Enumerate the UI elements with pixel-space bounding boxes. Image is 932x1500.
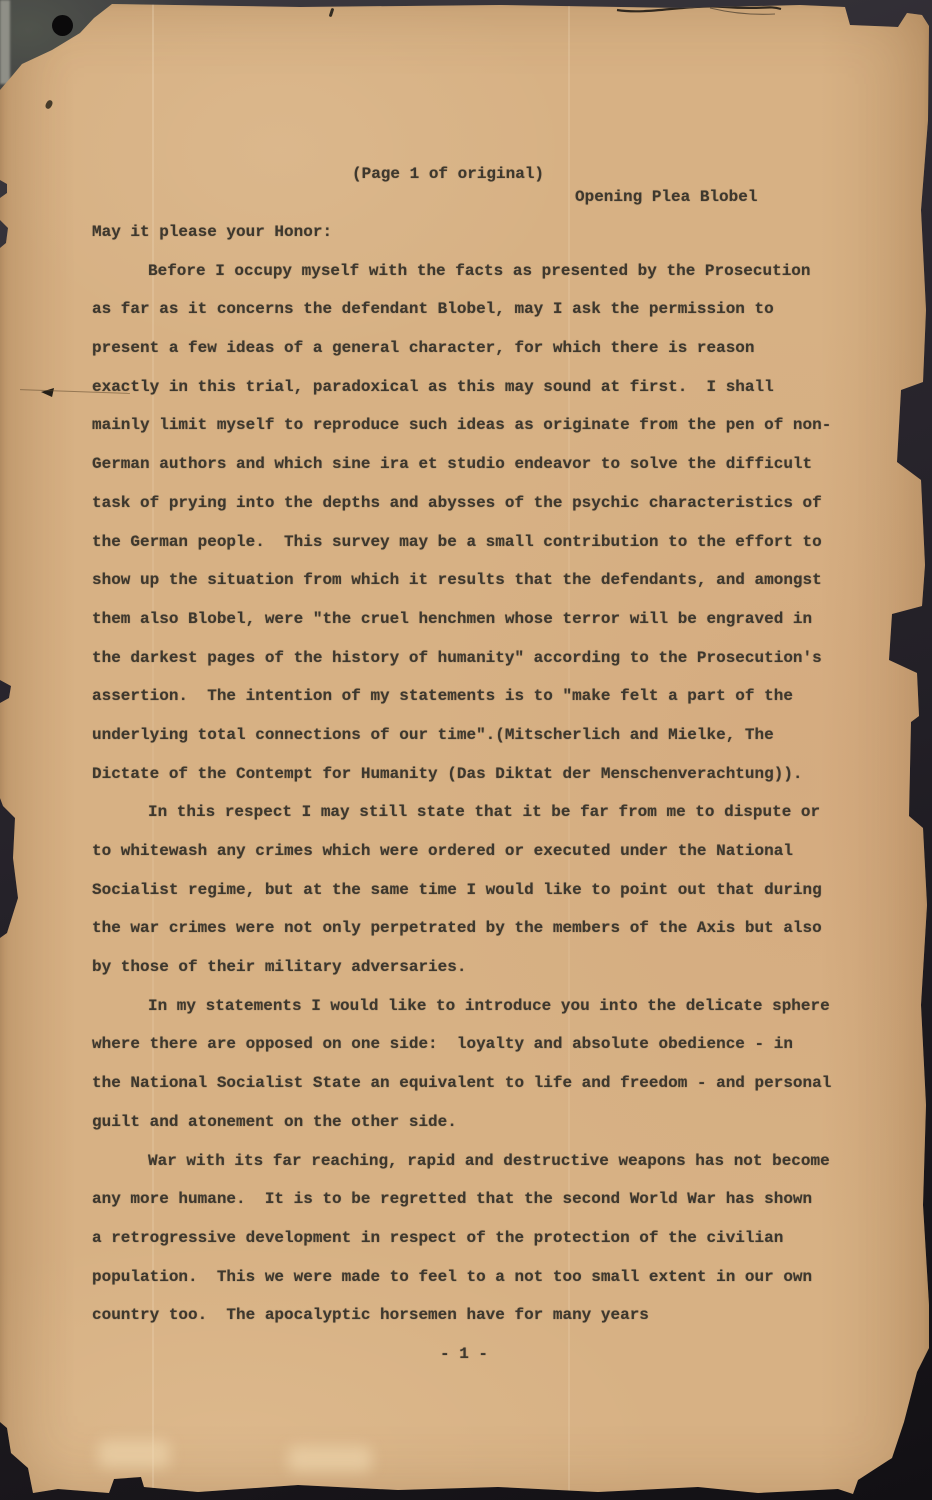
document-line: War with its far reaching, rapid and des… <box>92 1142 916 1181</box>
paper-light-patch <box>98 1440 170 1468</box>
paper-light-patch <box>288 1446 372 1472</box>
document-line: German authors and which sine ira et stu… <box>92 445 916 484</box>
document-line: In this respect I may still state that i… <box>92 793 916 832</box>
document-line: exactly in this trial, paradoxical as th… <box>92 368 916 407</box>
document-line: assertion. The intention of my statement… <box>92 677 916 716</box>
page-of-original-note: (Page 1 of original) <box>352 165 544 183</box>
page-number: - 1 - <box>440 1345 488 1363</box>
document-line: country too. The apocalyptic horsemen ha… <box>92 1296 916 1335</box>
document-line: task of prying into the depths and abyss… <box>92 484 916 523</box>
document-line: to whitewash any crimes which were order… <box>92 832 916 871</box>
ink-tick-mark <box>329 8 335 17</box>
document-line: Before I occupy myself with the facts as… <box>92 252 916 291</box>
document-line: the National Socialist State an equivale… <box>92 1064 916 1103</box>
document-title: Opening Plea Blobel <box>575 188 757 206</box>
document-line: a retrogressive development in respect o… <box>92 1219 916 1258</box>
ink-speck <box>44 99 54 110</box>
document-line: the darkest pages of the history of huma… <box>92 639 916 678</box>
document-line: In my statements I would like to introdu… <box>92 987 916 1026</box>
scan-background: (Page 1 of original) Opening Plea Blobel… <box>0 0 932 1500</box>
document-page: (Page 1 of original) Opening Plea Blobel… <box>0 0 932 1500</box>
ink-streak <box>615 1 785 21</box>
document-line: where there are opposed on one side: loy… <box>92 1025 916 1064</box>
document-line: mainly limit myself to reproduce such id… <box>92 406 916 445</box>
document-line: the war crimes were not only perpetrated… <box>92 909 916 948</box>
document-line: the German people. This survey may be a … <box>92 523 916 562</box>
document-line: May it please your Honor: <box>92 213 916 252</box>
document-line: them also Blobel, were "the cruel henchm… <box>92 600 916 639</box>
document-line: present a few ideas of a general charact… <box>92 329 916 368</box>
document-line: as far as it concerns the defendant Blob… <box>92 290 916 329</box>
punch-hole <box>52 15 73 36</box>
document-line: Dictate of the Contempt for Humanity (Da… <box>92 755 916 794</box>
scanner-edge-strip <box>0 0 10 84</box>
document-line: guilt and atonement on the other side. <box>92 1103 916 1142</box>
document-line: any more humane. It is to be regretted t… <box>92 1180 916 1219</box>
document-line: show up the situation from which it resu… <box>92 561 916 600</box>
document-line: by those of their military adversaries. <box>92 948 916 987</box>
document-line: underlying total connections of our time… <box>92 716 916 755</box>
document-line: population. This we were made to feel to… <box>92 1258 916 1297</box>
document-body-lines: May it please your Honor:Before I occupy… <box>92 213 916 1335</box>
document-line: Socialist regime, but at the same time I… <box>92 871 916 910</box>
